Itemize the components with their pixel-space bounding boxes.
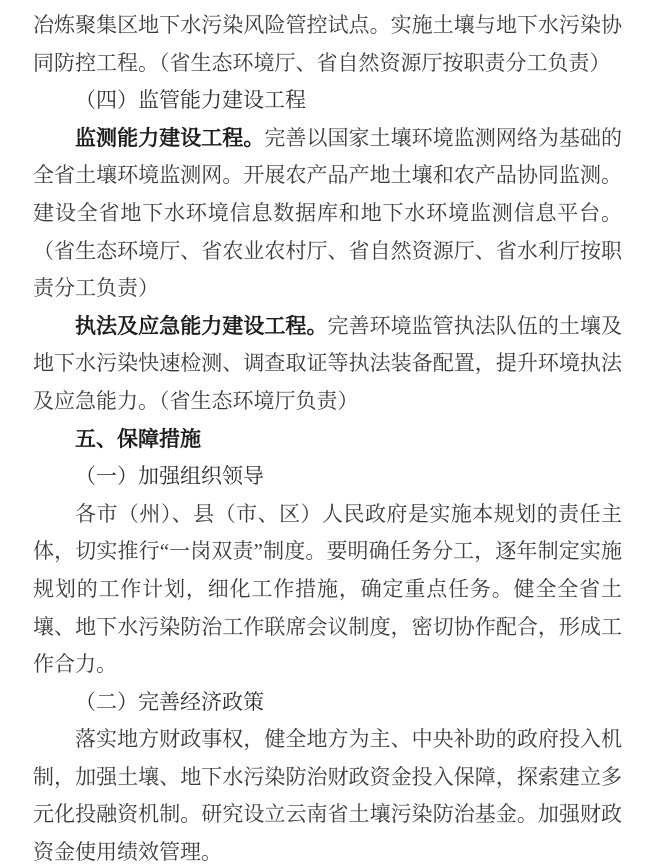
paragraph-continuation-groundwater-pilot: 冶炼聚集区地下水污染风险管控试点。实施土壤与地下水污染协同防控工程。（省生态环境… xyxy=(33,7,622,82)
paragraph-enforcement-emergency-capacity: 执法及应急能力建设工程。完善环境监管执法队伍的土壤及地下水污染快速检测、调查取证… xyxy=(33,308,622,421)
subsection-heading-2-economic-policy: （二）完善经济政策 xyxy=(33,684,622,722)
bold-lead-enforcement-emergency: 执法及应急能力建设工程。 xyxy=(75,315,327,338)
paragraph-local-government-responsibility: 各市（州）、县（市、区）人民政府是实施本规划的责任主体，切实推行“一岗双责”制度… xyxy=(33,496,622,684)
section-heading-5-safeguard-measures: 五、保障措施 xyxy=(33,421,622,459)
subsection-heading-1-strengthen-leadership: （一）加强组织领导 xyxy=(33,458,622,496)
subsection-heading-4-supervision-capacity: （四）监管能力建设工程 xyxy=(33,82,622,120)
bold-lead-monitoring-capacity: 监测能力建设工程。 xyxy=(75,127,264,150)
paragraph-monitoring-capacity: 监测能力建设工程。完善以国家土壤环境监测网络为基础的全省土壤环境监测网。开展农产… xyxy=(33,120,622,308)
paragraph-fiscal-investment-mechanism: 落实地方财政事权，健全地方为主、中央补助的政府投入机制，加强土壤、地下水污染防治… xyxy=(33,721,622,868)
document-page: 冶炼聚集区地下水污染风险管控试点。实施土壤与地下水污染协同防控工程。（省生态环境… xyxy=(0,0,655,868)
paragraph-monitoring-capacity-text: 完善以国家土壤环境监测网络为基础的全省土壤环境监测网。开展农产品产地土壤和农产品… xyxy=(33,126,622,300)
